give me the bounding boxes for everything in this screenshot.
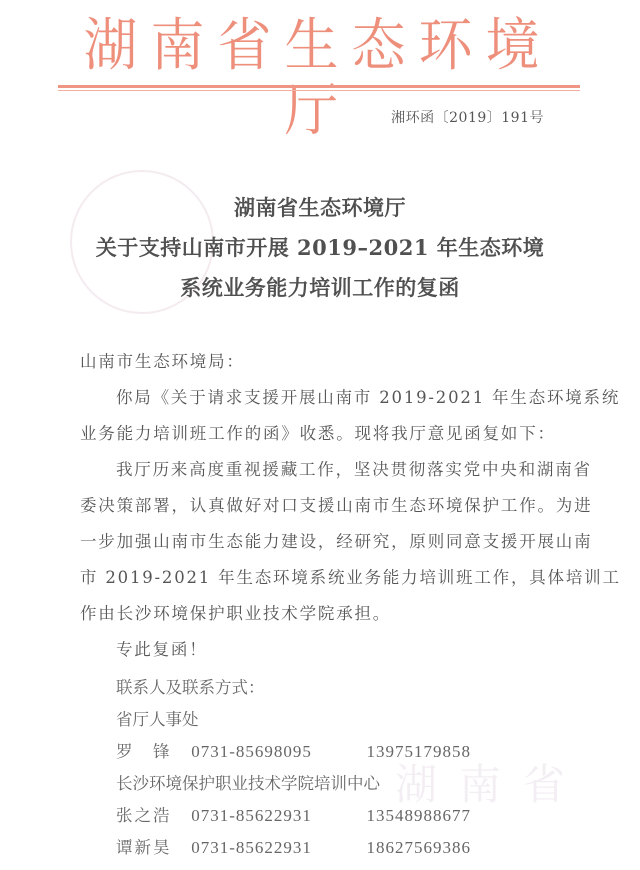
contact-name: 谭新昊 — [116, 834, 186, 858]
contact-tel: 0731-85622931 — [191, 806, 361, 826]
paragraph-2-line-2: 委决策部署，认真做好对口支援山南市生态环境保护工作。为进 — [80, 492, 560, 516]
contact-name: 张之浩 — [116, 802, 186, 826]
contact-person-row: 谭新昊 0731-85622931 18627569386 — [116, 834, 471, 858]
contact-person-row: 罗 锋 0731-85698095 13975179858 — [116, 738, 471, 762]
document-number: 湘环函〔2019〕191号 — [391, 107, 544, 127]
contact-org-2: 长沙环境保护职业技术学院培训中心 — [116, 770, 380, 794]
contact-name: 罗 锋 — [116, 738, 186, 762]
masthead-rule-thin — [58, 90, 580, 91]
addressee: 山南市生态环境局： — [80, 348, 560, 372]
contact-tel: 0731-85698095 — [191, 742, 361, 762]
masthead-rule-thick — [58, 85, 580, 88]
contact-org-1: 省厅人事处 — [116, 706, 199, 730]
paragraph-1-line-2: 业务能力培训班工作的函》收悉。现将我厅意见函复如下： — [80, 420, 560, 444]
closing-remark: 专此复函！ — [116, 636, 596, 660]
contact-tel: 0731-85622931 — [191, 838, 361, 858]
paragraph-2-line-5: 作由长沙环境保护职业技术学院承担。 — [80, 600, 560, 624]
paragraph-2-line-3: 一步加强山南市生态能力建设，经研究，原则同意支援开展山南 — [80, 528, 560, 552]
paragraph-2-line-4: 市 2019-2021 年生态环境系统业务能力培训班工作，具体培训工 — [80, 564, 560, 588]
document-title-line-1: 湖南省生态环境厅 — [0, 192, 640, 222]
contact-mobile: 13548988677 — [367, 806, 472, 826]
document-title-line-2: 关于支持山南市开展 2019–2021 年生态环境 — [0, 232, 640, 262]
document-title-line-3: 系统业务能力培训工作的复函 — [0, 272, 640, 302]
contact-person-row: 张之浩 0731-85622931 13548988677 — [116, 802, 471, 826]
paragraph-2-line-1: 我厅历来高度重视援藏工作，坚决贯彻落实党中央和湖南省 — [116, 456, 596, 480]
paragraph-1-line-1: 你局《关于请求支援开展山南市 2019-2021 年生态环境系统 — [116, 384, 596, 408]
contacts-heading: 联系人及联系方式： — [116, 674, 265, 698]
document-page: 湖南省生态环境厅 湘环函〔2019〕191号 湖南省生态环境厅 关于支持山南市开… — [0, 0, 640, 870]
contact-mobile: 18627569386 — [367, 838, 472, 858]
contact-mobile: 13975179858 — [367, 742, 472, 762]
